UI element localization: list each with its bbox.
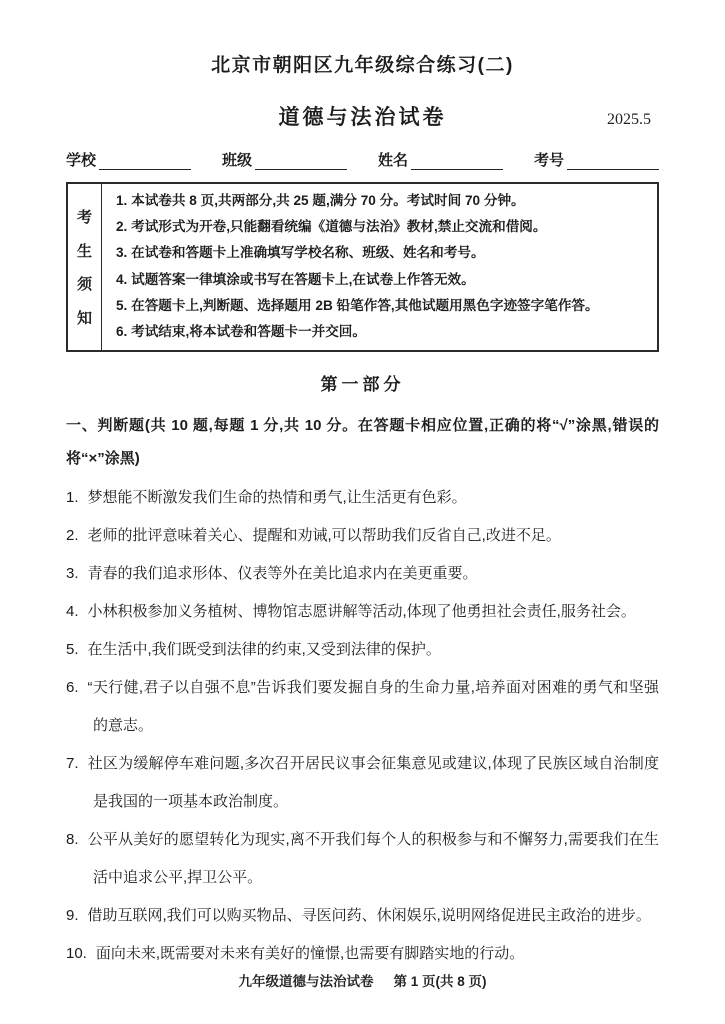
notice-item: 6. 考试结束,将本试卷和答题卡一并交回。 bbox=[116, 324, 647, 341]
notice-side-char: 知 bbox=[77, 307, 92, 328]
question-item: 4.小林积极参加义务植树、博物馆志愿讲解等活动,体现了他勇担社会责任,服务社会。 bbox=[66, 593, 659, 631]
question-text: 公平从美好的愿望转化为现实,离不开我们每个人的积极参与和不懈努力,需要我们在生活… bbox=[88, 831, 659, 886]
question-text: 面向未来,既需要对未来有美好的憧憬,也需要有脚踏实地的行动。 bbox=[96, 945, 524, 962]
question-item: 10.面向未来,既需要对未来有美好的憧憬,也需要有脚踏实地的行动。 bbox=[66, 935, 659, 973]
question-item: 2.老师的批评意味着关心、提醒和劝诫,可以帮助我们反省自己,改进不足。 bbox=[66, 517, 659, 555]
exam-date: 2025.5 bbox=[607, 111, 651, 129]
question-item: 3.青春的我们追求形体、仪表等外在美比追求内在美更重要。 bbox=[66, 555, 659, 593]
notice-side-label: 考 生 须 知 bbox=[68, 184, 102, 350]
field-exam-number-blank-line bbox=[567, 153, 659, 170]
question-item: 6.“天行健,君子以自强不息”告诉我们要发掘自身的生命力量,培养面对困难的勇气和… bbox=[66, 669, 659, 745]
notice-item: 5. 在答题卡上,判断题、选择题用 2B 铅笔作答,其他试题用黑色字迹签字笔作答… bbox=[116, 298, 647, 315]
question-item: 9.借助互联网,我们可以购买物品、寻医问药、休闲娱乐,说明网络促进民主政治的进步… bbox=[66, 897, 659, 935]
footer-page-info: 第 1 页(共 8 页) bbox=[393, 974, 486, 989]
subtitle-row: 道德与法治试卷 2025.5 bbox=[66, 101, 659, 129]
exam-subtitle: 道德与法治试卷 bbox=[66, 101, 659, 131]
question-text: 青春的我们追求形体、仪表等外在美比追求内在美更重要。 bbox=[88, 565, 478, 582]
notice-side-char: 考 bbox=[77, 206, 92, 227]
notice-item: 3. 在试卷和答题卡上准确填写学校名称、班级、姓名和考号。 bbox=[116, 245, 647, 262]
part-one-heading: 第一部分 bbox=[66, 370, 659, 395]
question-number: 4. bbox=[66, 603, 79, 620]
question-number: 10. bbox=[66, 945, 87, 962]
question-text: 借助互联网,我们可以购买物品、寻医问药、休闲娱乐,说明网络促进民主政治的进步。 bbox=[88, 907, 651, 924]
question-item: 5.在生活中,我们既受到法律的约束,又受到法律的保护。 bbox=[66, 631, 659, 669]
field-name: 姓名 bbox=[378, 149, 503, 170]
field-name-blank-line bbox=[411, 153, 503, 170]
notice-side-char: 生 bbox=[77, 240, 92, 261]
question-number: 7. bbox=[66, 755, 79, 772]
notice-item: 2. 考试形式为开卷,只能翻看统编《道德与法治》教材,禁止交流和借阅。 bbox=[116, 219, 647, 236]
question-text: 小林积极参加义务植树、博物馆志愿讲解等活动,体现了他勇担社会责任,服务社会。 bbox=[88, 603, 636, 620]
notice-item: 1. 本试卷共 8 页,共两部分,共 25 题,满分 70 分。考试时间 70 … bbox=[116, 193, 647, 210]
question-text: 在生活中,我们既受到法律的约束,又受到法律的保护。 bbox=[88, 641, 441, 658]
question-number: 9. bbox=[66, 907, 79, 924]
exam-paper-page: 北京市朝阳区九年级综合练习(二) 道德与法治试卷 2025.5 学校 班级 姓名… bbox=[0, 0, 725, 1024]
question-list: 1.梦想能不断激发我们生命的热情和勇气,让生活更有色彩。 2.老师的批评意味着关… bbox=[66, 479, 659, 973]
question-text: 梦想能不断激发我们生命的热情和勇气,让生活更有色彩。 bbox=[88, 489, 467, 506]
exam-title: 北京市朝阳区九年级综合练习(二) bbox=[66, 0, 659, 77]
judgment-section-intro: 一、判断题(共 10 题,每题 1 分,共 10 分。在答题卡相应位置,正确的将… bbox=[66, 409, 659, 475]
page-footer: 九年级道德与法治试卷第 1 页(共 8 页) bbox=[0, 970, 725, 990]
field-class-label: 班级 bbox=[222, 149, 252, 170]
question-number: 8. bbox=[66, 831, 79, 848]
field-class: 班级 bbox=[222, 149, 347, 170]
student-info-fields: 学校 班级 姓名 考号 bbox=[66, 149, 659, 170]
question-item: 8.公平从美好的愿望转化为现实,离不开我们每个人的积极参与和不懈努力,需要我们在… bbox=[66, 821, 659, 897]
question-number: 6. bbox=[66, 679, 79, 696]
question-item: 7.社区为缓解停车难问题,多次召开居民议事会征集意见或建议,体现了民族区域自治制… bbox=[66, 745, 659, 821]
question-number: 2. bbox=[66, 527, 79, 544]
field-school: 学校 bbox=[66, 149, 191, 170]
notice-item-list: 1. 本试卷共 8 页,共两部分,共 25 题,满分 70 分。考试时间 70 … bbox=[102, 184, 657, 350]
field-name-label: 姓名 bbox=[378, 149, 408, 170]
question-number: 3. bbox=[66, 565, 79, 582]
question-text: 社区为缓解停车难问题,多次召开居民议事会征集意见或建议,体现了民族区域自治制度是… bbox=[88, 755, 659, 810]
footer-doc-name: 九年级道德与法治试卷 bbox=[238, 974, 373, 989]
question-text: “天行健,君子以自强不息”告诉我们要发掘自身的生命力量,培养面对困难的勇气和坚强… bbox=[88, 679, 659, 734]
notice-side-char: 须 bbox=[77, 273, 92, 294]
notice-item: 4. 试题答案一律填涂或书写在答题卡上,在试卷上作答无效。 bbox=[116, 272, 647, 289]
field-class-blank-line bbox=[255, 153, 347, 170]
question-number: 1. bbox=[66, 489, 79, 506]
field-exam-number: 考号 bbox=[534, 149, 659, 170]
field-school-label: 学校 bbox=[66, 149, 96, 170]
field-exam-number-label: 考号 bbox=[534, 149, 564, 170]
page-content: 北京市朝阳区九年级综合练习(二) 道德与法治试卷 2025.5 学校 班级 姓名… bbox=[0, 0, 725, 973]
question-text: 老师的批评意味着关心、提醒和劝诫,可以帮助我们反省自己,改进不足。 bbox=[88, 527, 561, 544]
field-school-blank-line bbox=[99, 153, 191, 170]
question-item: 1.梦想能不断激发我们生命的热情和勇气,让生活更有色彩。 bbox=[66, 479, 659, 517]
question-number: 5. bbox=[66, 641, 79, 658]
examinee-notice-box: 考 生 须 知 1. 本试卷共 8 页,共两部分,共 25 题,满分 70 分。… bbox=[66, 182, 659, 352]
